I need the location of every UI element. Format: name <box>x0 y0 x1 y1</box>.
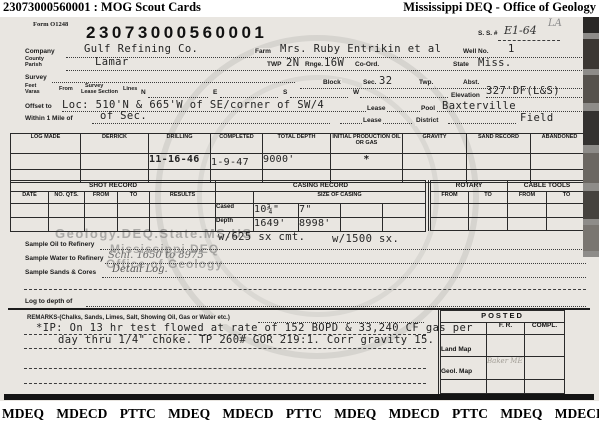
posted-col-compl: COMPL. <box>525 323 565 335</box>
casing-depth-1: 1649' <box>254 218 299 232</box>
varas-label: Varas <box>24 90 41 98</box>
lease2-label: Lease <box>362 117 382 126</box>
sample-sands-label: Sample Sands & Cores <box>24 269 97 278</box>
lease-section-label: Lease Section <box>80 90 119 98</box>
twp-value: 2N <box>286 58 299 69</box>
shot-col-date: DATE <box>11 192 49 204</box>
farm-value: Mrs. Ruby Entrikin et al <box>280 44 441 55</box>
footer-strip: MDEQ MDECD PTTC MDEQ MDECD PTTC MDEQ MDE… <box>0 401 599 425</box>
sample-water-value: Schl. 1650 to 8975 <box>108 250 204 261</box>
shot-col-qts: NO. QTS. <box>49 192 85 204</box>
completed-date: 1-9-47 <box>211 154 263 170</box>
api-number: 23073000560001 <box>86 23 267 43</box>
sample-water-label: Sample Water to Refinery <box>24 255 105 264</box>
cable-from: FROM <box>508 192 547 204</box>
remarks-line-2: day thru 1/4" choke. TP 260# GOR 219:1. … <box>58 335 434 346</box>
total-depth-value: 9000' <box>263 154 331 170</box>
col-initial-production: INITIAL PRODUCTION OIL OR GAS <box>331 134 403 154</box>
initial-production-value: * <box>331 154 403 170</box>
well-data-table: LOG MADE DERRICK DRILLING COMPLETED TOTA… <box>10 133 589 183</box>
land-map-label: Land Map <box>440 335 487 357</box>
rotary-title: ROTARY <box>430 181 508 192</box>
scout-card-scan: Geology.DEQ.State.MS.US Mississippi DEQ … <box>0 17 599 401</box>
form-number: Form O1248 <box>32 21 69 30</box>
size-of-casing-header: SIZE OF CASING <box>254 192 426 204</box>
shot-record-title: SHOT RECORD <box>11 181 216 192</box>
elevation-value: 327'DF(L&S) <box>486 86 560 97</box>
ss-label: S. S. # <box>477 30 499 39</box>
company-value: Gulf Refining Co. <box>84 44 198 55</box>
west-label: W <box>352 89 360 98</box>
cement-note-1: w/625 sx cmt. <box>218 232 305 243</box>
col-sand-record: SAND RECORD <box>467 134 531 154</box>
south-label: S <box>282 89 288 98</box>
col-completed: COMPLETED <box>211 134 263 154</box>
state-value: Miss. <box>478 58 512 69</box>
sec-value: 32 <box>379 76 392 87</box>
col-abandoned: ABANDONED <box>531 134 589 154</box>
ss-underline <box>498 39 560 41</box>
scan-bottom-bar <box>4 394 594 400</box>
county-value: Lamar <box>95 57 129 68</box>
pool-value: Baxterville <box>442 101 516 112</box>
sec-label: Sec. <box>362 79 377 88</box>
col-log-made: LOG MADE <box>11 134 81 154</box>
farm-label: Farm <box>254 48 272 57</box>
twp2-label: Twp. <box>418 79 434 88</box>
cased-label: Cased <box>216 204 254 218</box>
sample-oil-label: Sample Oil to Refinery <box>24 241 95 250</box>
cable-tools-title: CABLE TOOLS <box>508 181 587 192</box>
geol-map-pencil-note: Baker ME <box>487 357 525 380</box>
offset-label: Offset to <box>24 103 53 112</box>
lines-label: Lines <box>122 87 138 95</box>
remarks-line-1: *IP: On 13 hr test flowed at rate of 152… <box>36 323 473 334</box>
drilling-date: 11-16-46 <box>149 154 211 170</box>
lease-label: Lease <box>366 105 386 114</box>
agency-title: Mississippi DEQ - Office of Geology <box>403 0 596 15</box>
posted-title: POSTED <box>440 311 565 323</box>
location2-value: of Sec. <box>100 111 147 122</box>
shot-col-to: TO <box>118 192 150 204</box>
casing-depth-2: 8998' <box>299 218 341 232</box>
window-title: 23073000560001 : MOG Scout Cards <box>3 0 201 15</box>
microfilm-edge-strip <box>583 17 599 257</box>
cased-size-2: 7" <box>299 204 341 218</box>
rotary-from: FROM <box>430 192 469 204</box>
district-label: District <box>415 117 439 126</box>
coord-label: Co-Ord. <box>354 61 380 70</box>
pool2-value: Field <box>520 113 554 124</box>
east-label: E <box>212 89 218 98</box>
north-label: N <box>140 89 147 98</box>
parish-label: Parish <box>24 63 43 71</box>
well-no-label: Well No. <box>462 48 490 57</box>
block-label: Block <box>322 79 342 88</box>
cement-note-2: w/1500 sx. <box>332 234 399 245</box>
viewer-titlebar: 23073000560001 : MOG Scout Cards Mississ… <box>0 0 599 17</box>
shot-col-results: RESULTS <box>150 192 216 204</box>
col-gravity: GRAVITY <box>403 134 467 154</box>
within-label: Within 1 Mile of <box>24 115 74 124</box>
twp-label: TWP <box>266 61 282 70</box>
corner-handwritten-note: LA <box>548 18 562 29</box>
posted-col-fr: F. R. <box>487 323 525 335</box>
rotary-to: TO <box>469 192 508 204</box>
ss-value: E1-64 <box>504 24 537 37</box>
rotary-cable-table: ROTARY CABLE TOOLS FROM TO FROM TO <box>428 180 587 231</box>
shot-record-table: SHOT RECORD DATE NO. QTS. FROM TO RESULT… <box>10 180 216 232</box>
log-depth-label: Log to depth of <box>24 298 73 307</box>
cased-size-1: 10¾" <box>254 204 299 218</box>
col-drilling: DRILLING <box>149 134 211 154</box>
col-total-depth: TOTAL DEPTH <box>263 134 331 154</box>
casing-record-title: CASING RECORD <box>216 181 426 192</box>
rnge-label: Rnge. <box>304 61 324 70</box>
abst-label: Abst. <box>462 79 480 88</box>
survey-label: Survey <box>24 74 48 83</box>
shot-col-from: FROM <box>85 192 118 204</box>
state-label: State <box>452 61 470 70</box>
well-no-value: 1 <box>508 44 515 55</box>
rnge-value: 16W <box>324 58 344 69</box>
sample-sands-value: Detail Log. <box>112 264 168 275</box>
pool-label: Pool <box>420 105 436 114</box>
casing-record-table: CASING RECORD SIZE OF CASING Cased 10¾" … <box>215 180 426 232</box>
geol-map-label: Geol. Map <box>440 357 487 380</box>
cable-to: TO <box>547 192 587 204</box>
from-label: From <box>58 87 74 95</box>
screen: 23073000560001 : MOG Scout Cards Mississ… <box>0 0 599 425</box>
col-derrick: DERRICK <box>81 134 149 154</box>
depth-label: Depth <box>216 218 254 232</box>
